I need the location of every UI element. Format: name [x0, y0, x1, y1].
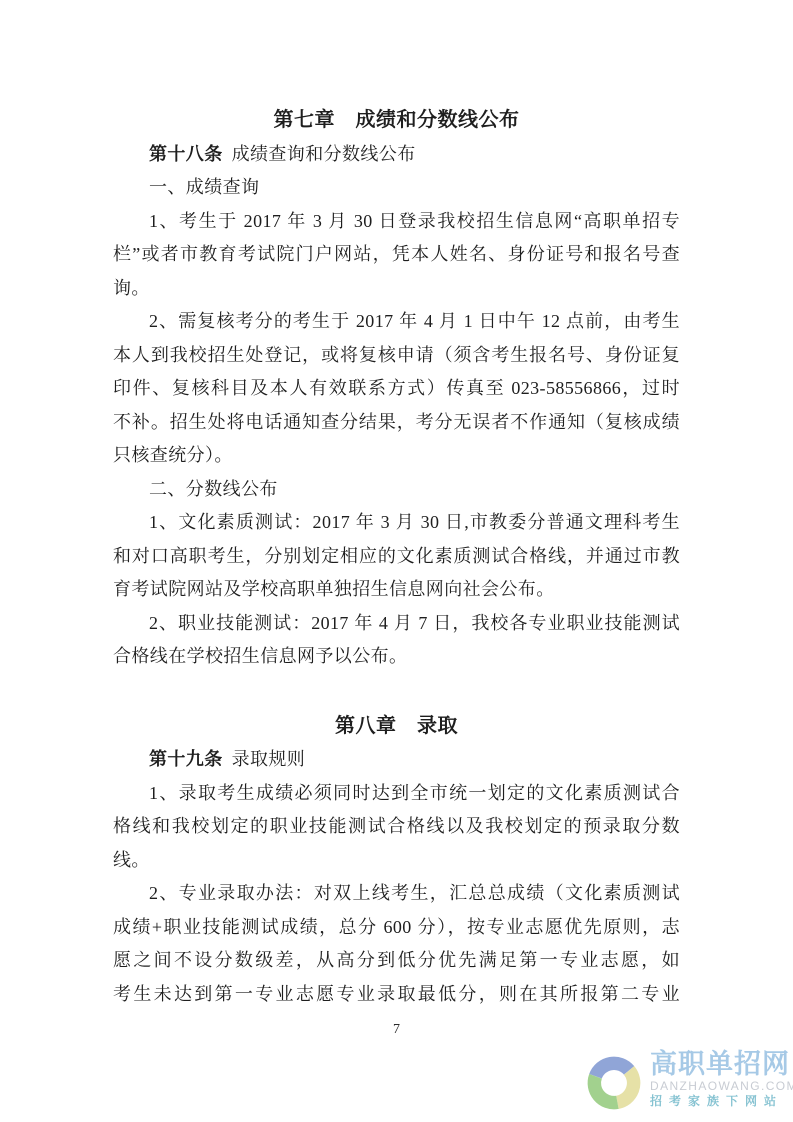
paragraph-line: 1、考生于 2017 年 3 月 30 日登录我校招生信息网“高职单招专	[113, 205, 680, 239]
paragraph-line: 2、需复核考分的考生于 2017 年 4 月 1 日中午 12 点前，由考生	[113, 305, 680, 339]
paragraph-line: 和对口高职考生，分别划定相应的文化素质测试合格线，并通过市教	[113, 540, 680, 574]
article-title: 成绩查询和分数线公布	[232, 144, 416, 164]
chapter-title: 第八章 录取	[113, 710, 680, 744]
paragraph-line: 考生未达到第一专业志愿专业录取最低分，则在其所报第二专业	[113, 978, 680, 1012]
paragraph-line: 成绩+职业技能测试成绩，总分 600 分），按专业志愿优先原则，志	[113, 911, 680, 945]
article-number: 第十九条	[149, 749, 223, 769]
paragraph-line: 印件、复核科目及本人有效联系方式）传真至 023-58556866，过时	[113, 372, 680, 406]
article-heading: 第十九条录取规则	[113, 743, 680, 777]
page-number: 7	[0, 1022, 793, 1038]
paragraph-line: 不补。招生处将电话通知查分结果，考分无误者不作通知（复核成绩	[113, 406, 680, 440]
chapter-title: 第七章 成绩和分数线公布	[113, 104, 680, 138]
paragraph-line: 2、专业录取办法：对双上线考生，汇总总成绩（文化素质测试	[113, 877, 680, 911]
article-number: 第十八条	[149, 144, 223, 164]
section-heading: 一、成绩查询	[113, 171, 680, 205]
watermark-domain: DANZHAOWANG.COM	[650, 1080, 793, 1093]
paragraph-line: 育考试院网站及学校高职单独招生信息网向社会公布。	[113, 573, 680, 607]
danzhaowang-logo-icon	[583, 1052, 645, 1114]
paragraph-line: 本人到我校招生处登记，或将复核申请（须含考生报名号、身份证复	[113, 339, 680, 373]
paragraph-line: 2、职业技能测试：2017 年 4 月 7 日，我校各专业职业技能测试	[113, 607, 680, 641]
watermark-site-name: 高职单招网	[650, 1050, 793, 1079]
section-heading: 二、分数线公布	[113, 473, 680, 507]
paragraph-line: 1、文化素质测试：2017 年 3 月 30 日,市教委分普通文理科考生	[113, 506, 680, 540]
watermark: 高职单招网 DANZHAOWANG.COM 招考家族下网站	[583, 1050, 793, 1114]
article-title: 录取规则	[232, 749, 306, 769]
paragraph-line: 线。	[113, 844, 680, 878]
paragraph-line: 愿之间不设分数级差，从高分到低分优先满足第一专业志愿，如	[113, 944, 680, 978]
document-page: 第七章 成绩和分数线公布第十八条成绩查询和分数线公布一、成绩查询1、考生于 20…	[0, 0, 793, 1122]
paragraph-line: 1、录取考生成绩必须同时达到全市统一划定的文化素质测试合	[113, 777, 680, 811]
watermark-tagline: 招考家族下网站	[650, 1094, 793, 1108]
document-content: 第七章 成绩和分数线公布第十八条成绩查询和分数线公布一、成绩查询1、考生于 20…	[113, 104, 680, 1011]
article-heading: 第十八条成绩查询和分数线公布	[113, 138, 680, 172]
paragraph-line: 栏”或者市教育考试院门户网站，凭本人姓名、身份证号和报名号查	[113, 238, 680, 272]
watermark-text: 高职单招网 DANZHAOWANG.COM 招考家族下网站	[650, 1050, 793, 1108]
paragraph-line: 格线和我校划定的职业技能测试合格线以及我校划定的预录取分数	[113, 810, 680, 844]
paragraph-line: 只核查统分）。	[113, 439, 680, 473]
paragraph-line: 询。	[113, 272, 680, 306]
paragraph-line: 合格线在学校招生信息网予以公布。	[113, 640, 680, 674]
